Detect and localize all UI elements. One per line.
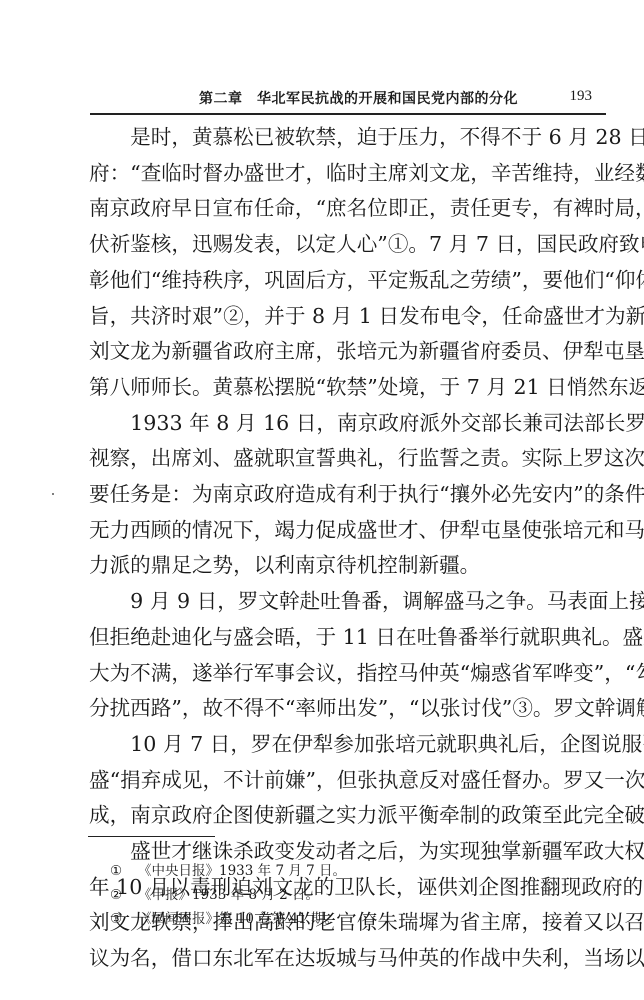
text-line: 9 月 9 日，罗文幹赴吐鲁番，调解盛马之争。马表面上接受调解， (89, 584, 608, 620)
text-line: 大为不满，遂举行军事会议，指控马仲英“煽惑省军哗变”，“勾结回匪， (89, 656, 608, 692)
footnote-mark: ② (110, 883, 138, 907)
page-number: 193 (570, 88, 593, 105)
footnote-2: ②《申报》1933 年 8 月 2 日。 (110, 883, 346, 907)
footnote-text: 《中央日报》1933 年 7 月 7 日。 (138, 863, 346, 879)
text-line: 分扰西路”，故不得不“率师出发”，“以张讨伐”③。罗文幹调解失败。 (89, 691, 608, 727)
footnotes: ①《中央日报》1933 年 7 月 7 日。 ②《申报》1933 年 8 月 2… (110, 859, 346, 931)
text-line: 彰他们“维持秩序，巩固后方，平定叛乱之劳绩”，要他们“仰体中央意 (89, 263, 608, 299)
footnote-mark: ① (110, 859, 138, 883)
footnote-3: ③《国闻周报》第 10 卷第 41 期。 (110, 907, 346, 931)
text-line: 要任务是：为南京政府造成有利于执行“攘外必先安内”的条件，当南京 (89, 477, 608, 513)
text-line: 旨，共济时艰”②，并于 8 月 1 日发布电令，任命盛世才为新疆省督办， (89, 299, 608, 335)
footnote-1: ①《中央日报》1933 年 7 月 7 日。 (110, 859, 346, 883)
scan-speck (52, 493, 54, 495)
text-line: 南京政府早日宣布任命，“庶名位即正，责任更专，有裨时局，殊非浅鲜。 (89, 191, 608, 227)
paragraph-1: 是时，黄慕松已被软禁，迫于压力，不得不于 6 月 28 日呈请南京政 府：“查临… (89, 120, 608, 406)
text-line: 刘文龙为新疆省政府主席，张培元为新疆省府委员、伊犁屯垦使及新编 (89, 334, 608, 370)
text-line: 力派的鼎足之势，以利南京待机控制新疆。 (89, 548, 608, 584)
chapter-title: 第二章 华北军民抗战的开展和国民党内部的分化 (199, 88, 518, 108)
footnote-text: 《申报》1933 年 8 月 2 日。 (138, 887, 319, 903)
text-line: 府：“查临时督办盛世才，临时主席刘文龙，辛苦维持，业经数月”，请求 (89, 156, 608, 192)
text-line: 第八师师长。黄慕松摆脱“软禁”处境，于 7 月 21 日悄然东返。 (89, 370, 608, 406)
paragraph-4: 10 月 7 日，罗在伊犁参加张培元就职典礼后，企图说服张培元对 盛“捐弃成见，… (89, 727, 608, 834)
text-line: 议为名，借口东北军在达坂城与马仲英的作战中失利，当场以“临阵脱 (89, 941, 608, 977)
text-line: 视察，出席刘、盛就职宣誓典礼，行监誓之责。实际上罗这次入新的主 (89, 441, 608, 477)
body-text: 是时，黄慕松已被软禁，迫于压力，不得不于 6 月 28 日呈请南京政 府：“查临… (89, 120, 608, 977)
footnote-rule (88, 836, 215, 837)
text-line: 成，南京政府企图使新疆之实力派平衡牵制的政策至此完全破产。 (89, 798, 608, 834)
text-line: 10 月 7 日，罗在伊犁参加张培元就职典礼后，企图说服张培元对 (89, 727, 608, 763)
paragraph-2: 1933 年 8 月 16 日，南京政府派外交部长兼司法部长罗文幹入新 视察，出… (89, 406, 608, 585)
text-line: 盛“捐弃成见，不计前嫌”，但张执意反对盛任督办。罗又一次调解不 (89, 763, 608, 799)
header-rule (90, 113, 606, 115)
scan-speck (368, 859, 370, 861)
running-head: 第二章 华北军民抗战的开展和国民党内部的分化 193 (90, 88, 606, 110)
text-line: 伏祈鉴核，迅赐发表，以定人心”①。7 月 7 日，国民政府致电刘、盛，表 (89, 227, 608, 263)
text-line: 是时，黄慕松已被软禁，迫于压力，不得不于 6 月 28 日呈请南京政 (89, 120, 608, 156)
footnote-text: 《国闻周报》第 10 卷第 41 期。 (138, 911, 338, 927)
text-line: 但拒绝赴迪化与盛会晤，于 11 日在吐鲁番举行就职典礼。盛对马此举 (89, 620, 608, 656)
text-line: 1933 年 8 月 16 日，南京政府派外交部长兼司法部长罗文幹入新 (89, 406, 608, 442)
paragraph-3: 9 月 9 日，罗文幹赴吐鲁番，调解盛马之争。马表面上接受调解， 但拒绝赴迪化与… (89, 584, 608, 727)
footnote-mark: ③ (110, 907, 138, 931)
text-line: 无力西顾的情况下，竭力促成盛世才、伊犁屯垦使张培元和马仲英三实 (89, 513, 608, 549)
